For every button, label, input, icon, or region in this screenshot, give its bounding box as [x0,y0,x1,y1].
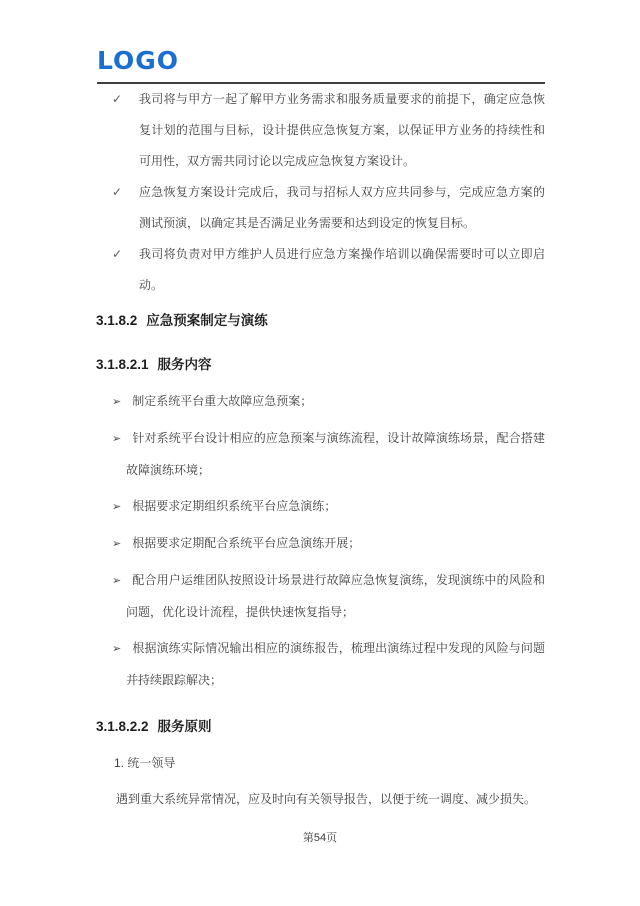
section-heading-3-1-8-2: 3.1.8.2应急预案制定与演练 [96,312,545,330]
arrow-list-item: ➢配合用户运维团队按照设计场景进行故障应急恢复演练，发现演练中的风险和问题，优化… [95,565,545,628]
checklist: ✓ 我司将与甲方一起了解甲方业务需求和服务质量要求的前提下，确定应急恢复计划的范… [95,84,545,301]
checklist-item: ✓ 我司将与甲方一起了解甲方业务需求和服务质量要求的前提下，确定应急恢复计划的范… [95,84,545,177]
body-paragraph: 遇到重大系统异常情况，应及时向有关领导报告，以便于统一调度、减少损失。 [116,784,545,815]
page-number: 第54页 [303,832,337,844]
arrow-bullet-icon: ➢ [112,538,121,550]
checkmark-icon: ✓ [112,239,122,270]
checklist-item-text: 应急恢复方案设计完成后，我司与招标人双方应共同参与，完成应急方案的测试预演，以确… [139,185,545,230]
arrow-bullet-icon: ➢ [112,643,121,655]
arrow-list-item: ➢根据要求定期组织系统平台应急演练； [95,491,545,523]
arrow-item-text: 针对系统平台设计相应的应急预案与演练流程，设计故障演练场景，配合搭建故障演练环境… [126,431,545,477]
document-body: ✓ 我司将与甲方一起了解甲方业务需求和服务质量要求的前提下，确定应急恢复计划的范… [95,84,545,815]
checkmark-icon: ✓ [112,177,122,208]
section-number: 3.1.8.2.2 [96,719,149,734]
page-header: LOGO [95,46,545,84]
brand-logo: LOGO [97,46,545,76]
section-heading-3-1-8-2-2: 3.1.8.2.2服务原则 [96,718,545,736]
arrow-item-text: 根据演练实际情况输出相应的演练报告，梳理出演练过程中发现的风险与问题并持续跟踪解… [126,641,545,687]
arrow-bullet-icon: ➢ [112,396,121,408]
checklist-item: ✓ 应急恢复方案设计完成后，我司与招标人双方应共同参与，完成应急方案的测试预演，… [95,177,545,239]
checklist-item: ✓ 我司将负责对甲方维护人员进行应急方案操作培训以确保需要时可以立即启动。 [95,239,545,301]
arrow-list: ➢制定系统平台重大故障应急预案； ➢针对系统平台设计相应的应急预案与演练流程，设… [95,386,545,696]
arrow-bullet-icon: ➢ [112,501,121,513]
section-title: 服务原则 [158,719,212,734]
arrow-item-text: 根据要求定期配合系统平台应急演练开展； [132,536,360,550]
arrow-item-text: 配合用户运维团队按照设计场景进行故障应急恢复演练，发现演练中的风险和问题，优化设… [126,573,545,619]
arrow-bullet-icon: ➢ [112,433,121,445]
section-title: 应急预案制定与演练 [146,313,268,328]
checklist-item-text: 我司将负责对甲方维护人员进行应急方案操作培训以确保需要时可以立即启动。 [139,247,545,292]
section-number: 3.1.8.2 [96,313,137,328]
arrow-list-item: ➢针对系统平台设计相应的应急预案与演练流程，设计故障演练场景，配合搭建故障演练环… [95,423,545,486]
arrow-list-item: ➢根据演练实际情况输出相应的演练报告，梳理出演练过程中发现的风险与问题并持续跟踪… [95,633,545,696]
checkmark-icon: ✓ [112,84,122,115]
page-content: LOGO ✓ 我司将与甲方一起了解甲方业务需求和服务质量要求的前提下，确定应急恢… [0,0,640,846]
arrow-list-item: ➢制定系统平台重大故障应急预案； [95,386,545,418]
arrow-bullet-icon: ➢ [112,575,121,587]
document-page: LOGO ✓ 我司将与甲方一起了解甲方业务需求和服务质量要求的前提下，确定应急恢… [0,0,640,906]
arrow-list-item: ➢根据要求定期配合系统平台应急演练开展； [95,528,545,560]
section-title: 服务内容 [158,357,212,372]
section-heading-3-1-8-2-1: 3.1.8.2.1服务内容 [96,356,545,374]
section-number: 3.1.8.2.1 [96,357,149,372]
page-footer: 第54页 [95,830,545,846]
checklist-item-text: 我司将与甲方一起了解甲方业务需求和服务质量要求的前提下，确定应急恢复计划的范围与… [139,92,545,168]
numbered-item: 1. 统一领导 [114,748,545,779]
arrow-item-text: 制定系统平台重大故障应急预案； [132,394,312,408]
arrow-item-text: 根据要求定期组织系统平台应急演练； [132,499,336,513]
